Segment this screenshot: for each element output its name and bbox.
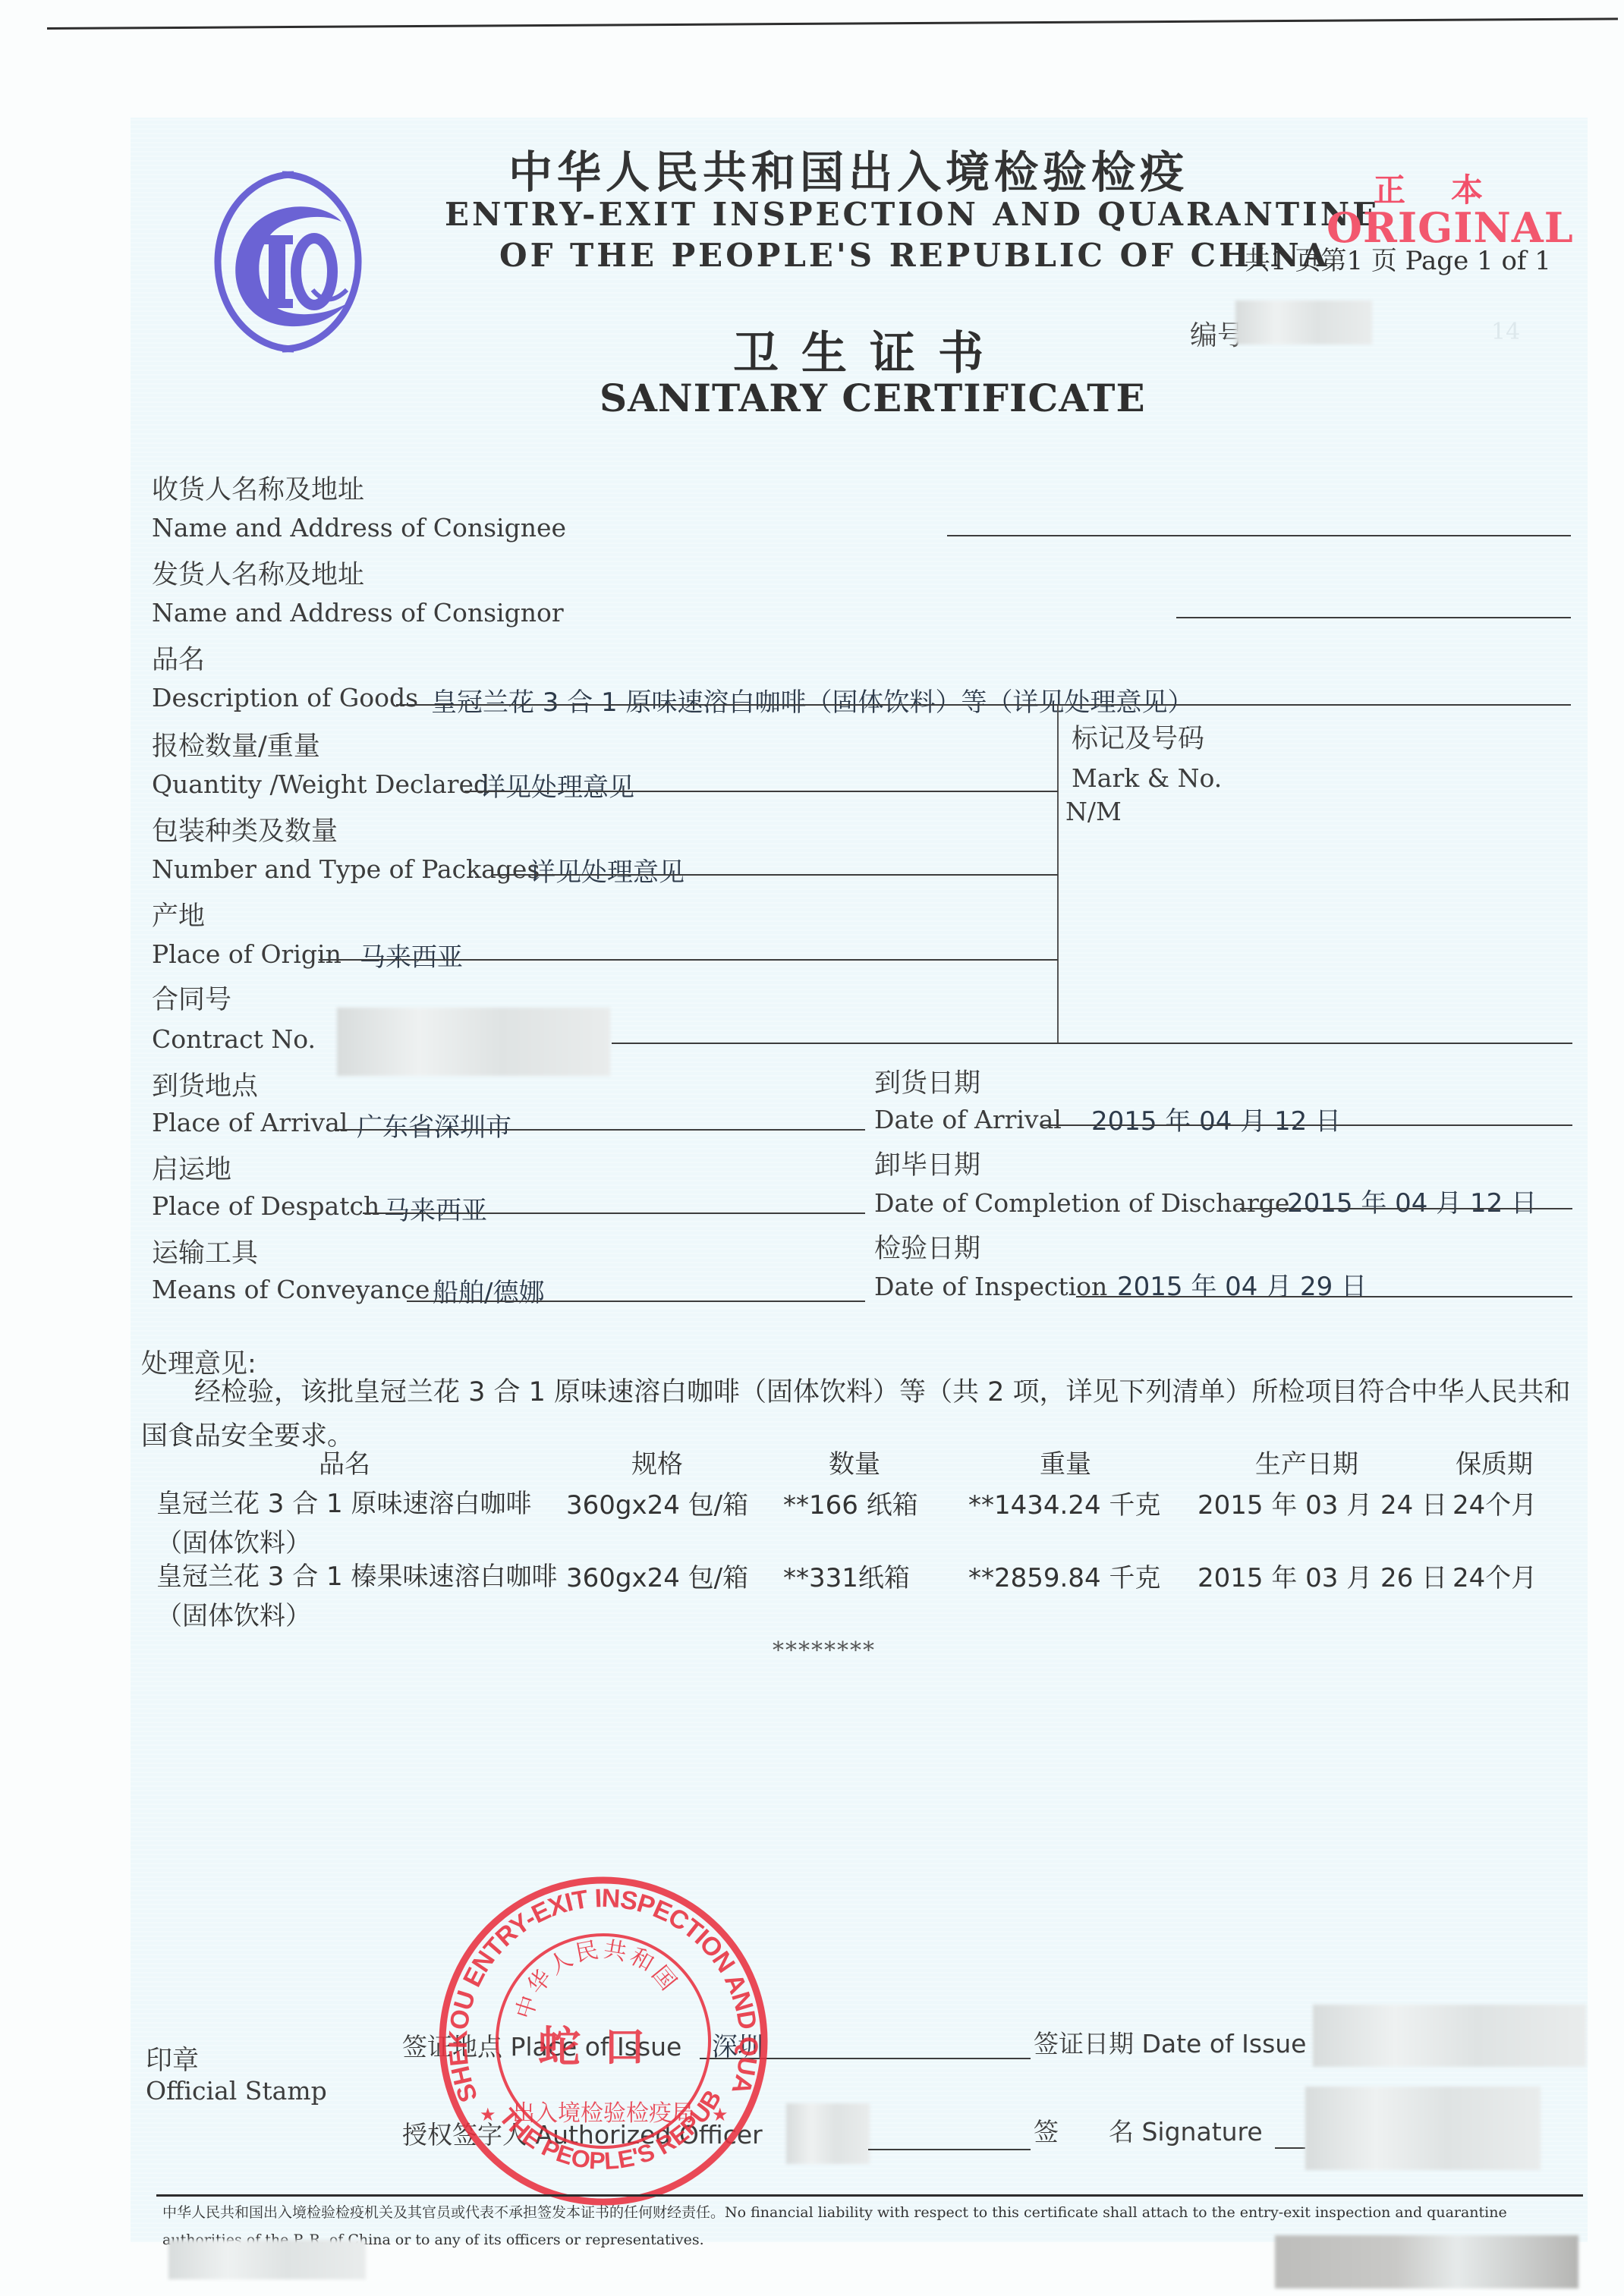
footer-redacted-right: [1275, 2235, 1578, 2288]
col-header-weight: 重量: [1040, 1443, 1091, 1480]
consignor-field-line: [1176, 617, 1571, 618]
authority-name-en-line1: ENTRY-EXIT INSPECTION AND QUARANTINE: [445, 196, 1380, 233]
conveyance-label-en: Means of Conveyance: [152, 1275, 430, 1304]
discharge-date-field-line: [1240, 1208, 1572, 1209]
quantity-field-line: [464, 791, 1058, 792]
cell-shelf-life: 24个月: [1452, 1557, 1537, 1594]
conveyance-value: 船舶/德娜: [433, 1272, 544, 1309]
consignee-field-line: [947, 535, 1571, 536]
col-header-shelf-life: 保质期: [1456, 1443, 1533, 1480]
quantity-label-cn: 报检数量/重量: [152, 725, 320, 763]
goods-field-line: [396, 704, 1571, 706]
col-header-spec: 规格: [631, 1443, 683, 1480]
arrival-date-label-cn: 到货日期: [874, 1062, 980, 1100]
cell-qty: **331纸箱: [783, 1557, 910, 1594]
consignor-label-cn: 发货人名称及地址: [152, 554, 364, 592]
packages-field-line: [492, 874, 1058, 876]
conveyance-field-line: [407, 1301, 865, 1302]
cell-prod-date: 2015 年 03 月 24 日: [1198, 1484, 1447, 1521]
consignor-label-en: Name and Address of Consignor: [152, 598, 564, 627]
packages-label-en: Number and Type of Packages: [152, 854, 540, 884]
remarks-text-content: 经检验，该批皇冠兰花 3 合 1 原味速溶白咖啡（固体饮料）等（共 2 项，详见…: [141, 1377, 1571, 1452]
certificate-panel: [131, 118, 1588, 2242]
goods-table: 品名 规格 数量 重量 生产日期 保质期 皇冠兰花 3 合 1 原味速溶白咖啡（…: [156, 1443, 1583, 1630]
inspection-date-label-cn: 检验日期: [874, 1228, 980, 1266]
mark-label-en: Mark & No.: [1072, 763, 1222, 793]
signature-label: 签 名 Signature: [1034, 2112, 1263, 2148]
goods-label-en: Description of Goods: [152, 683, 418, 712]
authority-name-en-line2: OF THE PEOPLE'S REPUBLIC OF CHINA: [499, 237, 1330, 274]
contract-label-en: Contract No.: [152, 1024, 316, 1054]
cell-name: 皇冠兰花 3 合 1 原味速溶白咖啡（固体饮料）: [156, 1484, 566, 1563]
serial-number-redacted: [1235, 300, 1372, 344]
certificate-title-cn: 卫生证书: [733, 317, 1006, 382]
ciq-logo-icon: [206, 168, 370, 354]
end-marker: ********: [773, 1637, 876, 1664]
contract-field-line: [612, 1043, 1572, 1044]
cell-prod-date: 2015 年 03 月 26 日: [1198, 1557, 1447, 1594]
stamp-label-en: Official Stamp: [146, 2076, 327, 2106]
despatch-place-label-cn: 启运地: [152, 1149, 231, 1187]
arrival-date-value: 2015 年 04 月 12 日: [1091, 1100, 1341, 1137]
place-of-issue-line: [700, 2058, 1031, 2059]
arrival-date-label-en: Date of Arrival: [874, 1105, 1062, 1134]
quantity-label-en: Quantity /Weight Declared: [152, 769, 489, 799]
origin-label-cn: 产地: [152, 895, 205, 933]
despatch-place-field-line: [363, 1212, 865, 1214]
inspection-date-field-line: [1076, 1296, 1572, 1297]
cell-shelf-life: 24个月: [1452, 1484, 1537, 1521]
col-header-name: 品名: [319, 1443, 370, 1480]
packages-value: 详见处理意见: [530, 851, 685, 889]
signature-line: [1275, 2147, 1305, 2149]
contract-label-cn: 合同号: [152, 979, 231, 1017]
cell-spec: 360gx24 包/箱: [566, 1484, 748, 1521]
packages-label-cn: 包装种类及数量: [152, 810, 338, 848]
consignee-label-en: Name and Address of Consignee: [152, 513, 566, 543]
signature-redacted: [1305, 2087, 1541, 2170]
arrival-place-field-line: [334, 1129, 865, 1131]
mark-value: N/M: [1065, 797, 1122, 826]
footer-redacted-left: [168, 2240, 366, 2279]
date-of-issue-redacted: [1313, 2005, 1586, 2067]
goods-table-header: 品名 规格 数量 重量 生产日期 保质期: [156, 1443, 1583, 1484]
table-row: 皇冠兰花 3 合 1 原味速溶白咖啡（固体饮料） 360gx24 包/箱 **1…: [156, 1484, 1583, 1557]
certificate-title-en: SANITARY CERTIFICATE: [600, 376, 1146, 420]
mark-label-cn: 标记及号码: [1072, 718, 1204, 756]
cell-name: 皇冠兰花 3 合 1 榛果味速溶白咖啡（固体饮料）: [156, 1557, 566, 1636]
discharge-date-label-en: Date of Completion of Discharge: [874, 1188, 1289, 1218]
discharge-date-value: 2015 年 04 月 12 日: [1287, 1182, 1537, 1219]
discharge-date-label-cn: 卸毕日期: [874, 1144, 980, 1182]
contract-number-redacted: [337, 1008, 610, 1076]
place-of-issue-label: 签证地点 Place of Issue: [402, 2027, 681, 2063]
arrival-place-value: 广东省深圳市: [357, 1106, 511, 1143]
page-indicator: 共1 页第1 页 Page 1 of 1: [1245, 240, 1551, 277]
authority-name-cn: 中华人民共和国出入境检验检疫: [508, 137, 1188, 200]
authorized-officer-line: [868, 2149, 1031, 2150]
date-of-issue-label: 签证日期 Date of Issue: [1034, 2024, 1307, 2060]
cell-weight: **2859.84 千克: [968, 1557, 1160, 1594]
authorized-officer-label: 授权签字人 Authorized Officer: [402, 2115, 763, 2151]
cell-weight: **1434.24 千克: [968, 1484, 1160, 1521]
footer-rule: [156, 2194, 1583, 2197]
disclaimer-cn: 中华人民共和国出入境检验检疫机关及其官员或代表不承担签发本证书的任何财经责任。: [162, 2204, 725, 2221]
authorized-officer-redacted: [786, 2103, 870, 2164]
quantity-value: 详见处理意见: [480, 766, 634, 804]
origin-value: 马来西亚: [360, 936, 463, 973]
arrival-place-label-en: Place of Arrival: [152, 1108, 348, 1137]
arrival-place-label-cn: 到货地点: [152, 1065, 258, 1103]
goods-value: 皇冠兰花 3 合 1 原味速溶白咖啡（固体饮料）等（详见处理意见）: [431, 681, 1194, 719]
col-header-prod-date: 生产日期: [1255, 1443, 1358, 1480]
arrival-date-field-line: [1041, 1124, 1572, 1126]
col-header-qty: 数量: [829, 1443, 880, 1480]
goods-label-cn: 品名: [152, 639, 205, 677]
despatch-place-label-en: Place of Despatch: [152, 1191, 379, 1221]
despatch-place-value: 马来西亚: [384, 1190, 487, 1227]
stamp-label-cn: 印章: [146, 2040, 199, 2077]
consignee-label-cn: 收货人名称及地址: [152, 469, 364, 507]
top-border-rule: [47, 17, 1618, 30]
origin-field-line: [319, 959, 1058, 961]
cell-spec: 360gx24 包/箱: [566, 1557, 748, 1594]
table-row: 皇冠兰花 3 合 1 榛果味速溶白咖啡（固体饮料） 360gx24 包/箱 **…: [156, 1557, 1583, 1630]
cell-qty: **166 纸箱: [783, 1484, 918, 1521]
conveyance-label-cn: 运输工具: [152, 1232, 258, 1270]
inspection-date-label-en: Date of Inspection: [874, 1272, 1107, 1301]
serial-number-tail: 14: [1491, 319, 1520, 345]
origin-label-en: Place of Origin: [152, 939, 341, 969]
